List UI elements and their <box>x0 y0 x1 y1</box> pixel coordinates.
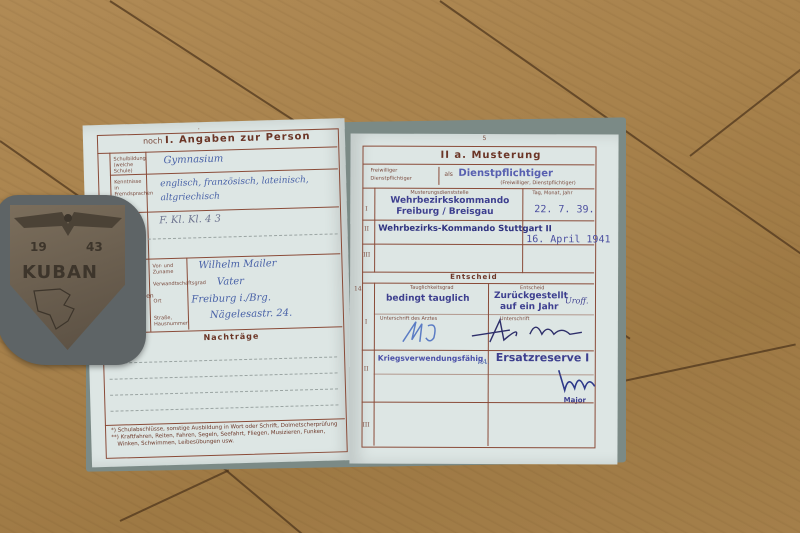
sub-label-ort: Ort <box>153 298 185 305</box>
decision-note-1: Uroff. <box>565 296 589 305</box>
row-num-III: III <box>363 252 370 259</box>
header-datum: Tag, Monat, Jahr <box>532 190 572 196</box>
value-angehoerige-ort: Freiburg i./Brg. <box>191 292 271 305</box>
musterung-office-1-line1: Wehrbezirkskommando <box>390 196 509 206</box>
status-sub: (Freiwilliger, Dienstpflichtiger) <box>500 180 575 186</box>
sub-label-name: Vor- und Zuname <box>152 263 184 276</box>
decision-fitness-2: Kriegsverwendungsfähig <box>378 354 484 363</box>
decision-num-I: I <box>365 319 367 326</box>
major-signature-icon <box>555 366 600 398</box>
decision-fitness-1: bedingt tauglich <box>386 294 470 304</box>
value-schulbildung: Gymnasium <box>163 154 223 167</box>
row-label-schulbildung: Schulbildung (welche Schule) <box>113 156 143 175</box>
value-fremdsprachen: englisch, französisch, lateinisch, altgr… <box>160 172 336 205</box>
header-tauglichkeit: Tauglichkeitsgrad <box>410 285 454 291</box>
badge-name: KUBAN <box>22 262 98 283</box>
status-stamp: Dienstpflichtiger <box>458 168 553 179</box>
sub-label-relation: Verwandtschaftsgrad <box>153 281 185 288</box>
sub-label-strasse: Straße, Hausnummer <box>154 315 186 328</box>
decision-result-1-line2: auf ein Jahr <box>500 302 559 312</box>
status-label-dienstpflichtiger: Dienstpflichtiger <box>370 176 411 182</box>
right-page-title: II a. Musterung <box>440 150 541 161</box>
heading-prefix: noch <box>143 136 163 146</box>
entscheid-title: Entscheid <box>450 273 498 281</box>
status-label-freiwilliger: Freiwilliger <box>370 168 397 174</box>
value-angehoerige-name: Wilhelm Mailer <box>198 258 276 271</box>
musterung-date-1: 22. 7. 39. <box>534 204 594 215</box>
divider <box>438 167 439 185</box>
right-page: 5 II a. Musterung Freiwilliger Dienstpfl… <box>349 134 618 465</box>
doctor-signature-icon <box>398 318 448 346</box>
musterung-office-2: Wehrbezirks-Kommando Stuttgart II <box>378 224 552 235</box>
officer-signature-icon <box>470 316 590 346</box>
decision-prefix-2: i.A. <box>478 358 490 366</box>
badge-year-right: 43 <box>86 240 103 254</box>
row-num-II: II <box>364 226 369 233</box>
status-prefix: als <box>444 172 453 178</box>
decision-result-2: Ersatzreserve I <box>496 351 589 364</box>
decision-num-II: II <box>364 366 369 373</box>
value-fertigkeiten: F. Kl. Kl. 4 3 <box>159 214 221 227</box>
value-angehoerige-strasse: Nägelesastr. 24. <box>210 308 293 321</box>
decision-num-III: III <box>363 422 370 429</box>
row-number-14: 14 <box>354 286 362 293</box>
value-angehoerige-relation: Vater <box>217 276 244 288</box>
badge-year-left: 19 <box>30 240 47 254</box>
eagle-icon <box>12 208 124 240</box>
musterung-office-1-line2: Freiburg / Breisgau <box>396 207 493 217</box>
map-relief-icon <box>30 285 100 335</box>
page-number: 5 <box>483 136 487 142</box>
row-num-I: I <box>365 206 367 213</box>
decision-result-1-line1: Zurückgestellt <box>494 291 568 301</box>
nachtraege-title: Nachträge <box>203 332 259 343</box>
